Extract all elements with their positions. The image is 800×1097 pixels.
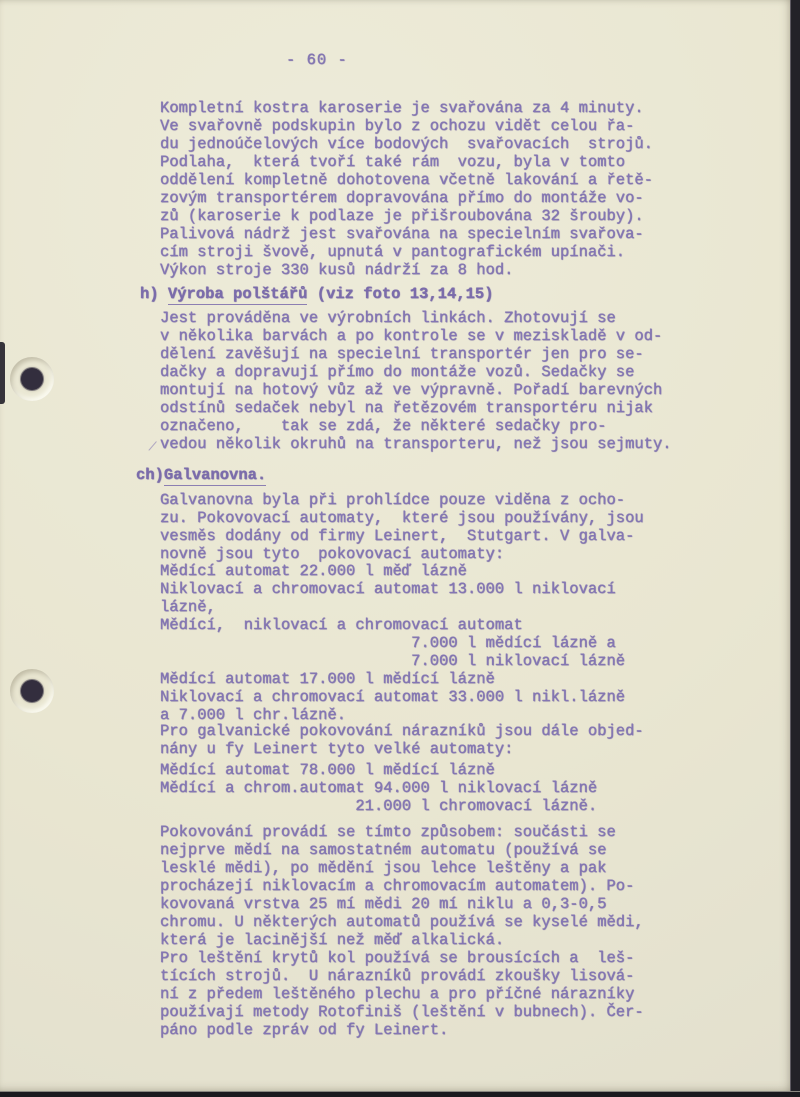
- section-h-title: Výroba polštářů: [168, 285, 308, 305]
- paragraph-upholstery: Jest prováděna ve výrobních linkách. Zho…: [160, 309, 672, 453]
- scanner-edge-right: [790, 0, 800, 1097]
- section-h-photo-ref: (viz foto 13,14,15): [307, 285, 493, 303]
- paragraph-galvanovna: Galvanovna byla při prohlídce pouze vidě…: [160, 491, 644, 563]
- scanner-edge-left-sliver: [0, 342, 5, 404]
- scanner-edge-bottom: [0, 1091, 800, 1097]
- section-heading-ch: ch)Galvanovna.: [136, 466, 266, 484]
- punch-hole-bottom: [21, 680, 43, 702]
- section-ch-letter: ch): [136, 466, 164, 484]
- list-ordered-automats: Mědící automat 78.000 l mědící lázně Měd…: [160, 761, 597, 815]
- paragraph-ordered: Pro galvanické pokovování nárazníků jsou…: [160, 722, 644, 758]
- list-plating-automats: Mědící automat 22.000 l měď lázně Niklov…: [160, 562, 625, 724]
- stray-ink-mark: /: [146, 439, 158, 456]
- section-h-letter: h): [140, 285, 168, 303]
- section-heading-h: h) Výroba polštářů (viz foto 13,14,15): [140, 285, 493, 303]
- document-scan: - 60 - Kompletní kostra karoserie je sva…: [0, 0, 800, 1097]
- page-number: - 60 -: [286, 51, 348, 69]
- punch-hole-top: [21, 368, 43, 390]
- section-ch-title: Galvanovna.: [164, 466, 266, 486]
- paragraph-plating-process: Pokovování provádí se tímto způsobem: so…: [160, 823, 644, 1039]
- paper-sheet: - 60 - Kompletní kostra karoserie je sva…: [0, 0, 791, 1092]
- paragraph-body-welding: Kompletní kostra karoserie je svařována …: [160, 99, 653, 279]
